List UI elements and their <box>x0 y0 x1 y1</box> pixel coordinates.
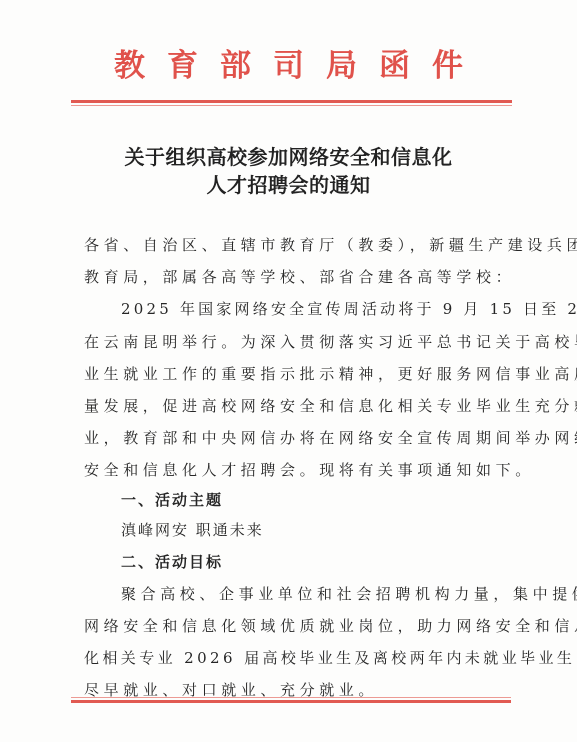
intro-line-1: 2025 年国家网络安全宣传周活动将于 9 月 15 日至 21 日 <box>121 299 541 319</box>
footer-red-rule-thin <box>71 697 511 698</box>
salutation-line-2: 教育局，部属各高等学校、部省合建各高等学校： <box>84 267 504 287</box>
document-page: 教育部司局函件 关于组织高校参加网络安全和信息化 人才招聘会的通知 各省、自治区… <box>0 0 577 742</box>
intro-line-6: 安全和信息化人才招聘会。现将有关事项通知如下。 <box>84 460 504 480</box>
section-heading-theme: 一、活动主题 <box>121 490 541 510</box>
footer-red-rule-thick <box>71 700 511 703</box>
letterhead-title: 教育部司局函件 <box>0 46 577 86</box>
goal-line-3: 化相关专业 2026 届高校毕业生及离校两年内未就业毕业生 <box>84 648 504 668</box>
letterhead-red-rule-thick <box>71 100 512 103</box>
document-title: 关于组织高校参加网络安全和信息化 人才招聘会的通知 <box>0 143 577 199</box>
section-heading-goal: 二、活动目标 <box>121 552 541 572</box>
goal-line-2: 网络安全和信息化领域优质就业岗位，助力网络安全和信息 <box>84 616 504 636</box>
intro-line-2: 在云南昆明举行。为深入贯彻落实习近平总书记关于高校毕 <box>84 332 504 352</box>
goal-line-1: 聚合高校、企事业单位和社会招聘机构力量，集中提供 <box>121 584 541 604</box>
section-theme-text: 滇峰网安 职通未来 <box>121 520 541 540</box>
intro-line-3: 业生就业工作的重要指示批示精神，更好服务网信事业高质 <box>84 364 504 384</box>
document-title-line-1: 关于组织高校参加网络安全和信息化 <box>0 143 577 171</box>
letterhead-red-rule-thin <box>71 105 512 106</box>
intro-line-5: 业，教育部和中央网信办将在网络安全宣传周期间举办网络 <box>84 428 504 448</box>
document-title-line-2: 人才招聘会的通知 <box>0 171 577 199</box>
intro-line-4: 量发展，促进高校网络安全和信息化相关专业毕业生充分就 <box>84 396 504 416</box>
salutation-line-1: 各省、自治区、直辖市教育厅（教委），新疆生产建设兵团 <box>84 235 504 255</box>
